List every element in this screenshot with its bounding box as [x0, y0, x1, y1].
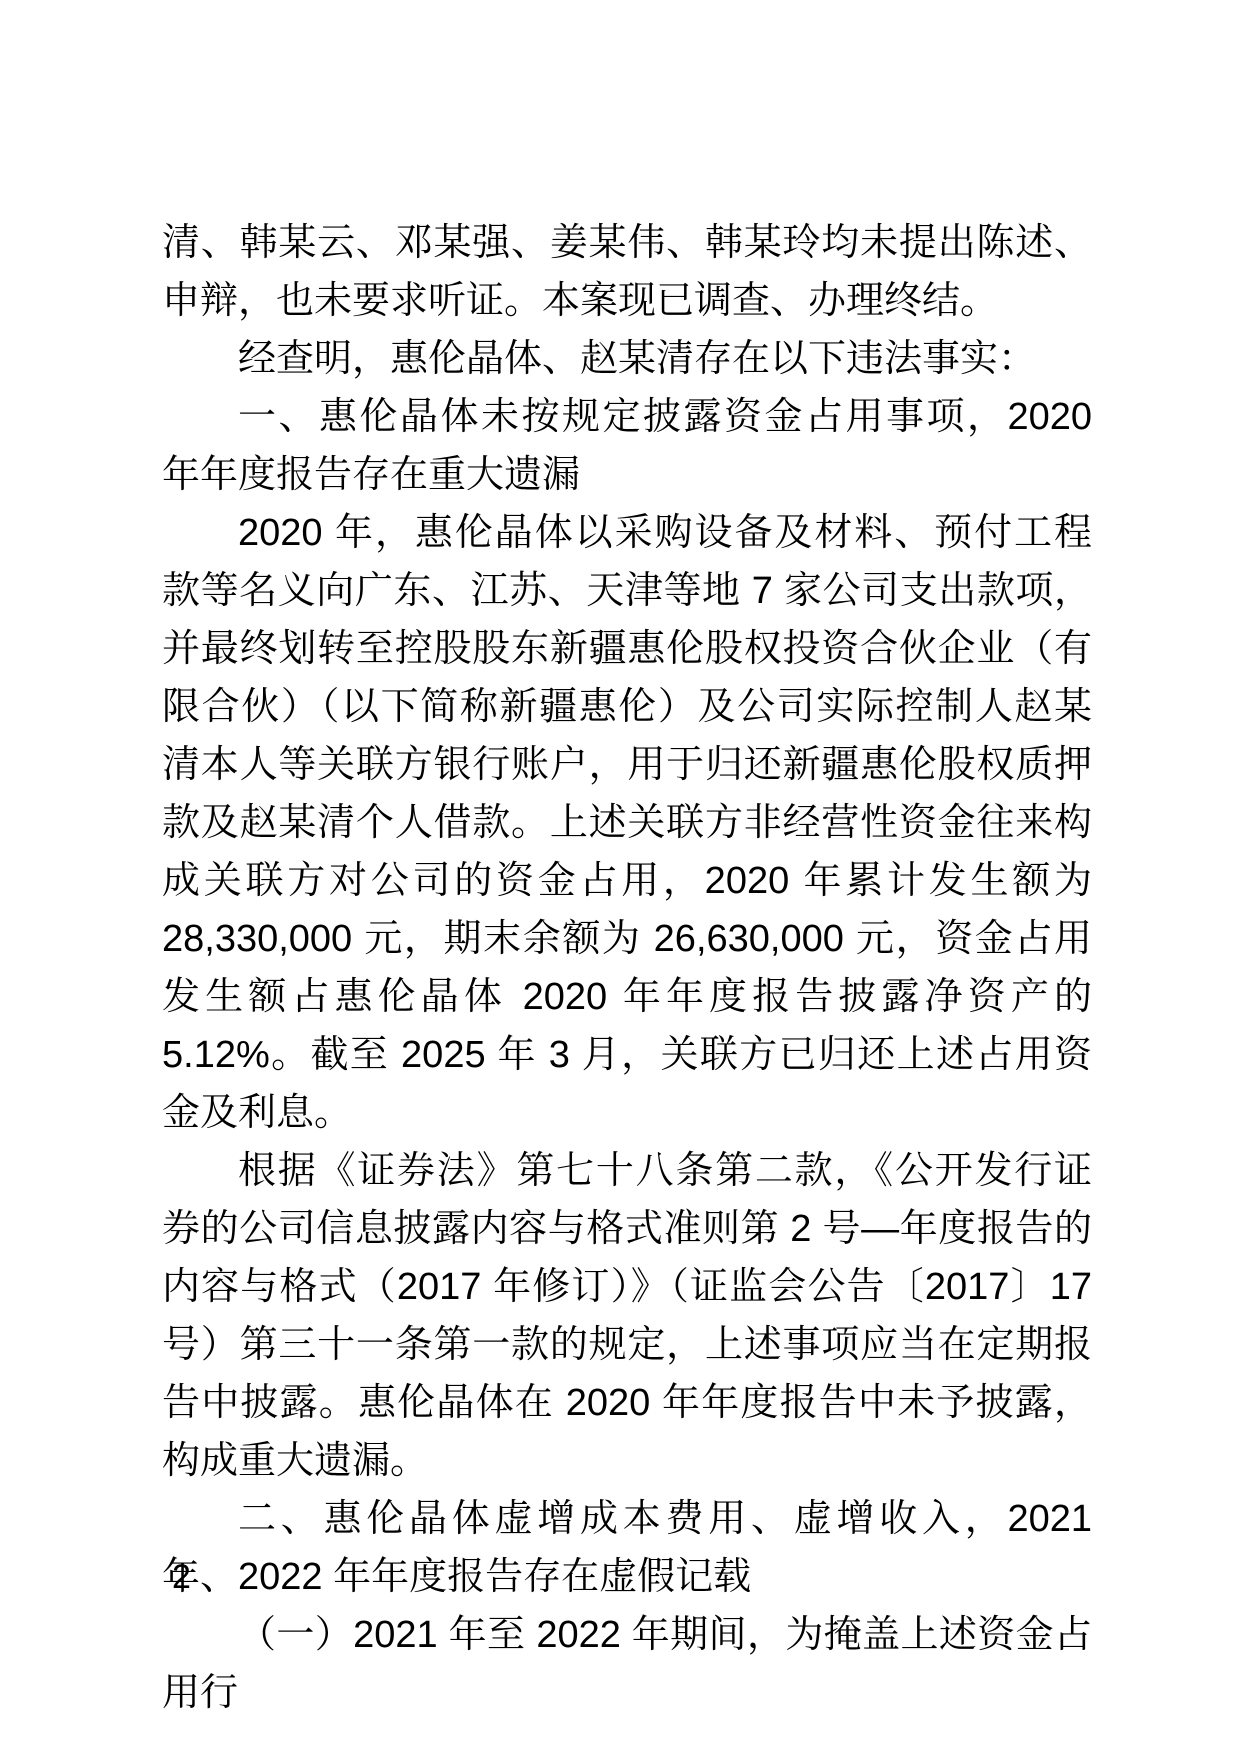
paragraph-fund-occupation-facts: 2020 年，惠伦晶体以采购设备及材料、预付工程款等名义向广东、江苏、天津等地 … — [162, 504, 1092, 1142]
paragraph-continuation: 清、韩某云、邓某强、姜某伟、韩某玲均未提出陈述、申辩，也未要求听证。本案现已调查… — [162, 214, 1092, 330]
section-heading-1: 一、惠伦晶体未按规定披露资金占用事项，2020 年年度报告存在重大遗漏 — [162, 388, 1092, 504]
paragraph-findings-intro: 经查明，惠伦晶体、赵某清存在以下违法事实： — [162, 330, 1092, 388]
page-number: 2 — [172, 1556, 191, 1598]
document-page: 清、韩某云、邓某强、姜某伟、韩某玲均未提出陈述、申辩，也未要求听证。本案现已调查… — [0, 0, 1241, 1754]
paragraph-legal-basis: 根据《证券法》第七十八条第二款，《公开发行证券的公司信息披露内容与格式准则第 2… — [162, 1142, 1092, 1490]
section-heading-2: 二、惠伦晶体虚增成本费用、虚增收入，2021 年、2022 年年度报告存在虚假记… — [162, 1490, 1092, 1606]
paragraph-subsection-1: （一）2021 年至 2022 年期间，为掩盖上述资金占用行 — [162, 1606, 1092, 1722]
document-body: 清、韩某云、邓某强、姜某伟、韩某玲均未提出陈述、申辩，也未要求听证。本案现已调查… — [162, 214, 1092, 1722]
